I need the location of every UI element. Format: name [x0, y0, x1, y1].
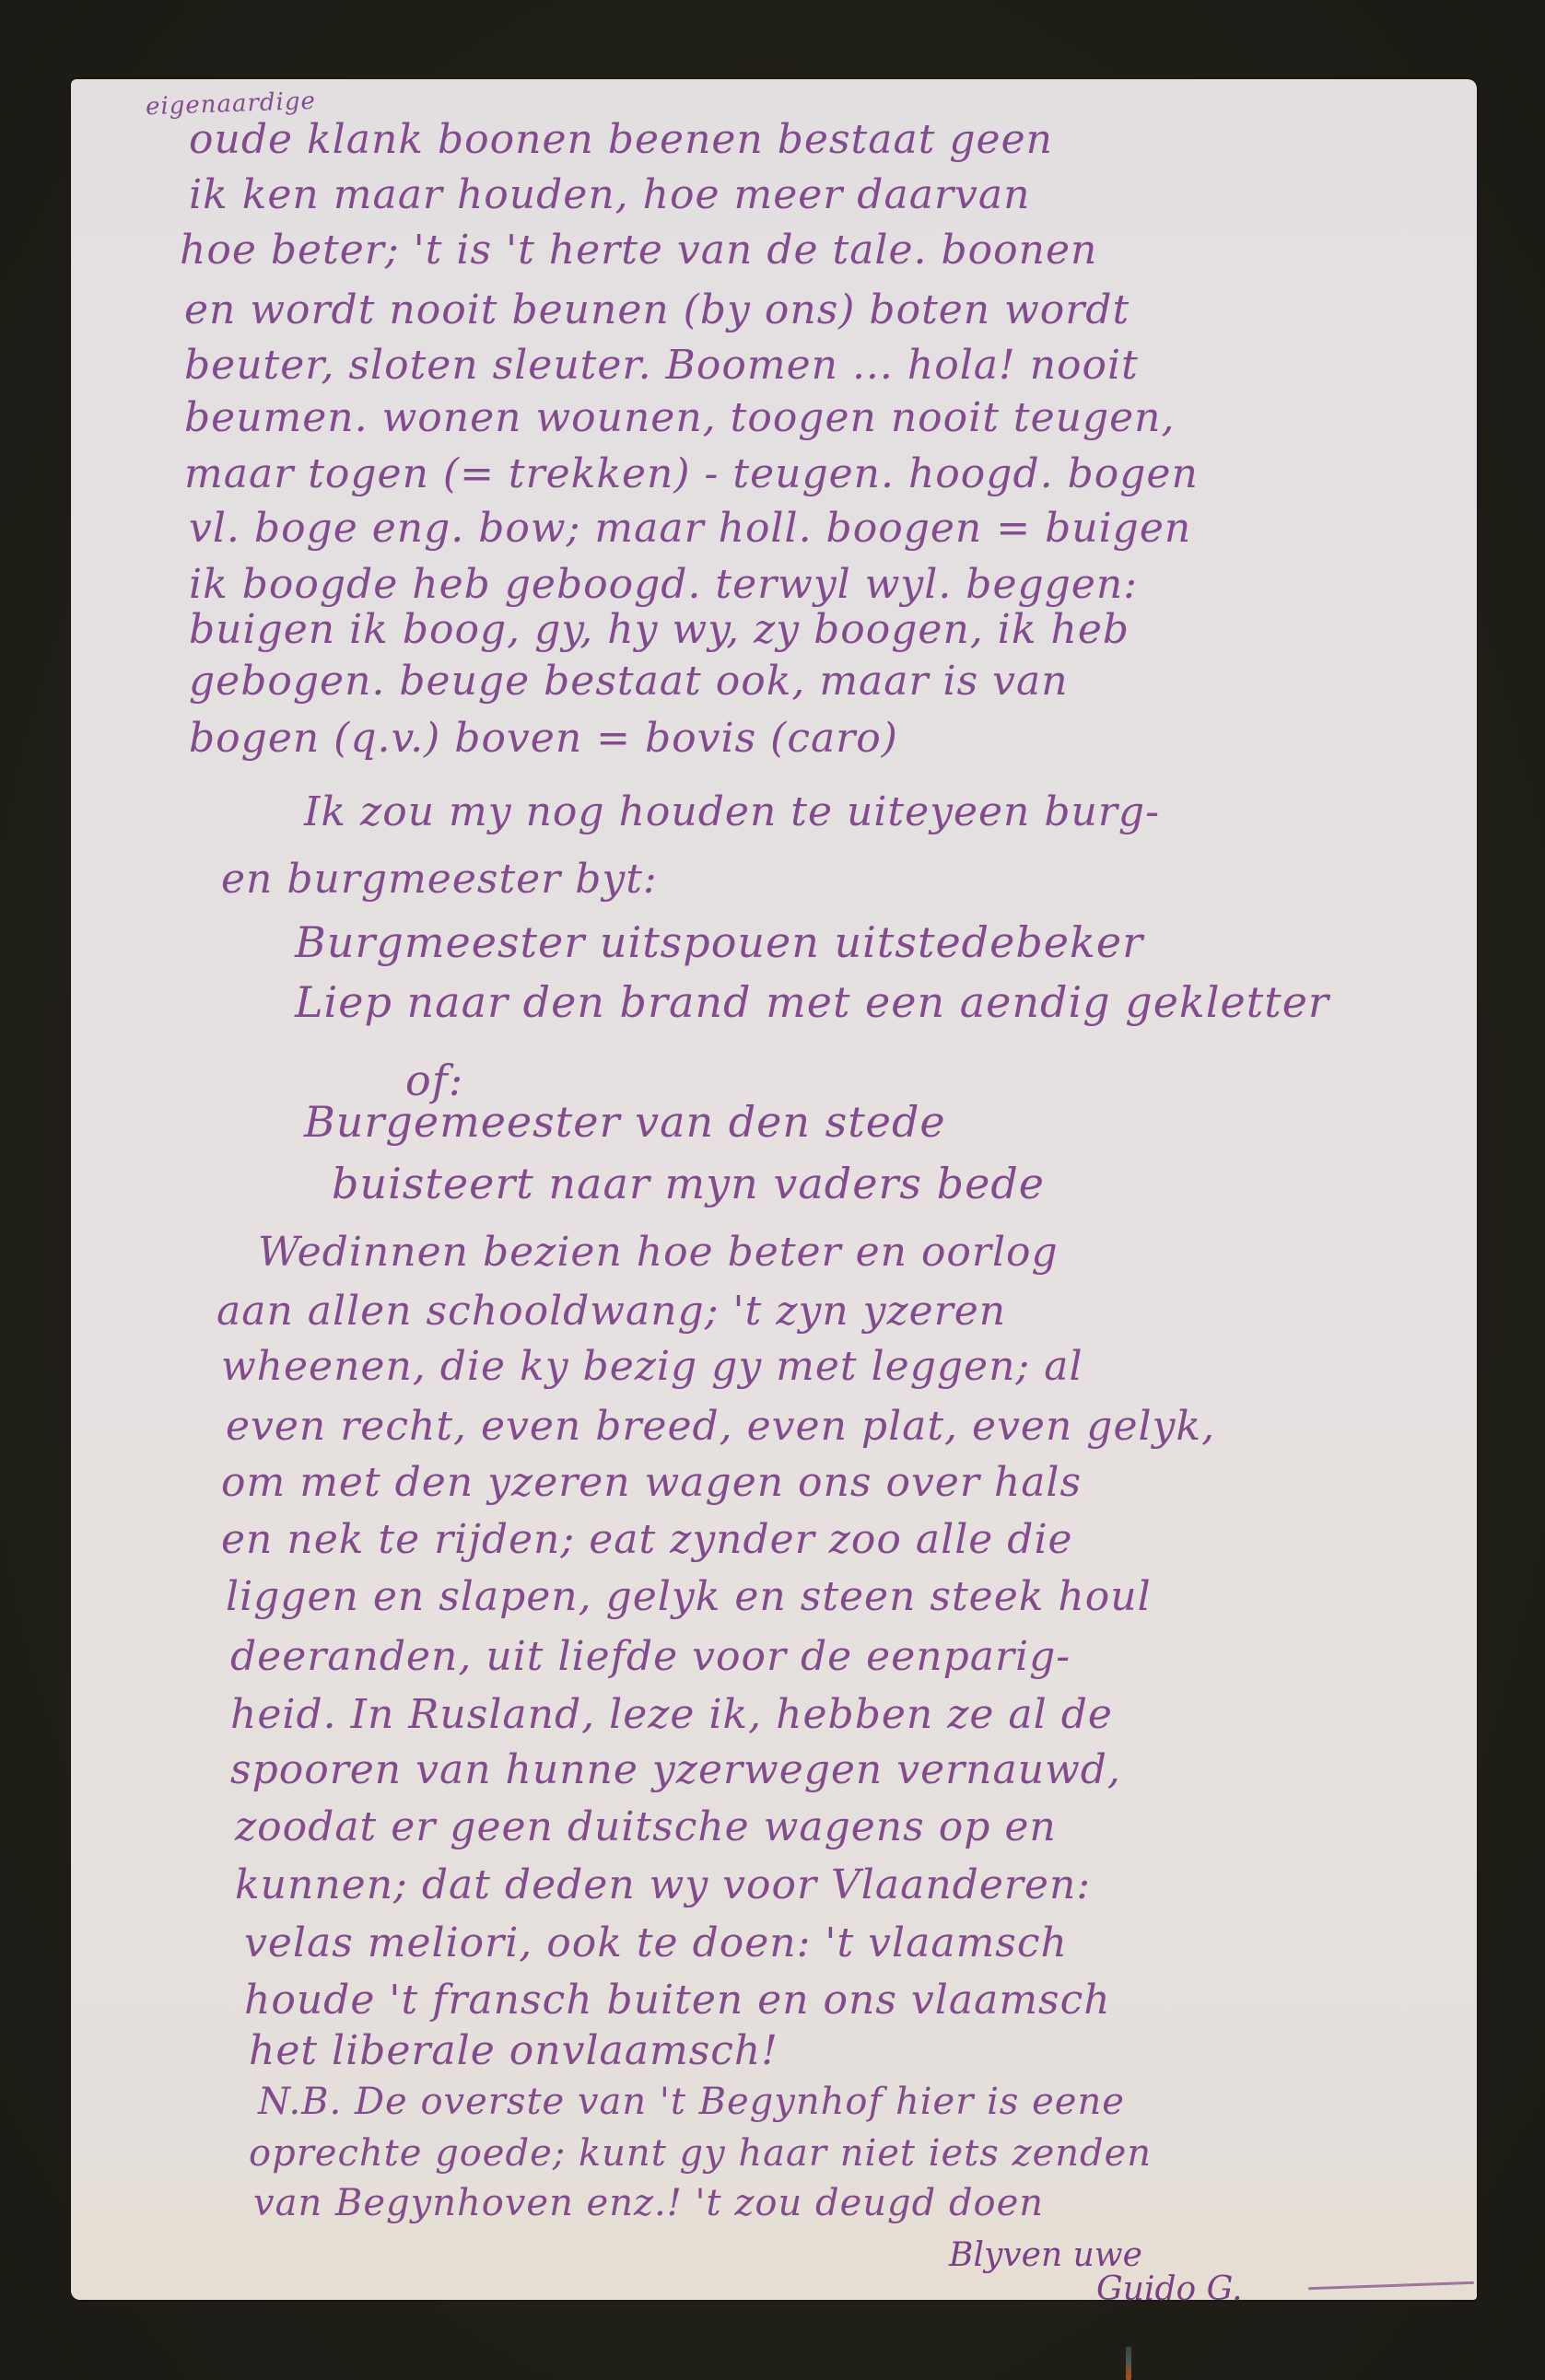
letter-line-24: spooren van hunne yzerwegen vernauwd,: [230, 1750, 1121, 1791]
letter-line-1: oude klank boonen beenen bestaat geen: [189, 120, 1053, 160]
signature: Guido G.: [1096, 2270, 1243, 2308]
letter-line-19: om met den yzeren wagen ons over hals: [221, 1463, 1082, 1503]
letter-line-16: aan allen schooldwang; 't zyn yzeren: [217, 1291, 1006, 1332]
letter-line-21: liggen en slapen, gelyk en steen steek h…: [226, 1577, 1152, 1617]
letter-line-22: deeranden, uit liefde voor de eenparig-: [230, 1637, 1071, 1677]
letter-line-5: beuter, sloten sleuter. Boomen ... hola!…: [184, 345, 1139, 386]
letter-line-7: maar togen (= trekken) - teugen. hoogd. …: [184, 454, 1199, 495]
letter-line-23: heid. In Rusland, leze ik, hebben ze al …: [230, 1695, 1113, 1735]
letter-line-8: vl. boge eng. bow; maar holl. boogen = b…: [189, 508, 1191, 549]
poem-line-4: buisteert naar myn vaders bede: [332, 1162, 1045, 1205]
letter-line-6: beumen. wonen wounen, toogen nooit teuge…: [184, 398, 1175, 438]
postscript-line-1: N.B. De overste van 't Begynhof hier is …: [258, 2083, 1125, 2120]
letter-line-25: zoodat er geen duitsche wagens op en: [235, 1807, 1057, 1848]
poem-line-1: Burgmeester uitspouen uitstedebeker: [295, 921, 1143, 963]
letter-line-18: even recht, even breed, even plat, even …: [226, 1406, 1215, 1447]
letter-line-4: en wordt nooit beunen (by ons) boten wor…: [184, 290, 1129, 331]
letter-line-10: buigen ik boog, gy, hy wy, zy boogen, ik…: [189, 610, 1129, 650]
postscript-line-3: van Begynhoven enz.! 't zou deugd doen: [253, 2185, 1044, 2222]
poem-line-2: Liep naar den brand met een aendig gekle…: [295, 981, 1329, 1023]
poem-line-3: Burgemeester van den stede: [304, 1101, 946, 1143]
closing-salutation: Blyven uwe: [949, 2236, 1142, 2274]
letter-line-9: ik boogde heb geboogd. terwyl wyl. begge…: [189, 565, 1138, 605]
poem-or: of:: [405, 1059, 463, 1102]
letter-line-26: kunnen; dat deden wy voor Vlaanderen:: [235, 1865, 1091, 1906]
letter-line-13: Ik zou my nog houden te uiteyeen burg-: [304, 792, 1160, 833]
postscript-line-2: oprechte goede; kunt gy haar niet iets z…: [249, 2135, 1152, 2172]
letter-line-20: en nek te rijden; eat zynder zoo alle di…: [221, 1520, 1073, 1560]
letter-line-29: het liberale onvlaamsch!: [249, 2031, 778, 2071]
letter-line-12: bogen (q.v.) boven = bovis (caro): [189, 718, 898, 759]
pin-mark: [1126, 2347, 1131, 2380]
letter-line-17: wheenen, die ky bezig gy met leggen; al: [221, 1347, 1083, 1387]
letter-line-3: hoe beter; 't is 't herte van de tale. b…: [180, 230, 1097, 271]
letter-line-28: houde 't fransch buiten en ons vlaamsch: [244, 1980, 1111, 2021]
letter-line-2: ik ken maar houden, hoe meer daarvan: [189, 175, 1030, 216]
letter-line-14: en burgmeester byt:: [221, 859, 658, 900]
inserted-word: eigenaardige: [146, 89, 317, 119]
letter-line-15: Wedinnen bezien hoe beter en oorlog: [258, 1232, 1059, 1273]
letter-line-11: gebogen. beuge bestaat ook, maar is van: [189, 661, 1069, 702]
letter-line-27: velas meliori, ook te doen: 't vlaamsch: [244, 1923, 1068, 1964]
